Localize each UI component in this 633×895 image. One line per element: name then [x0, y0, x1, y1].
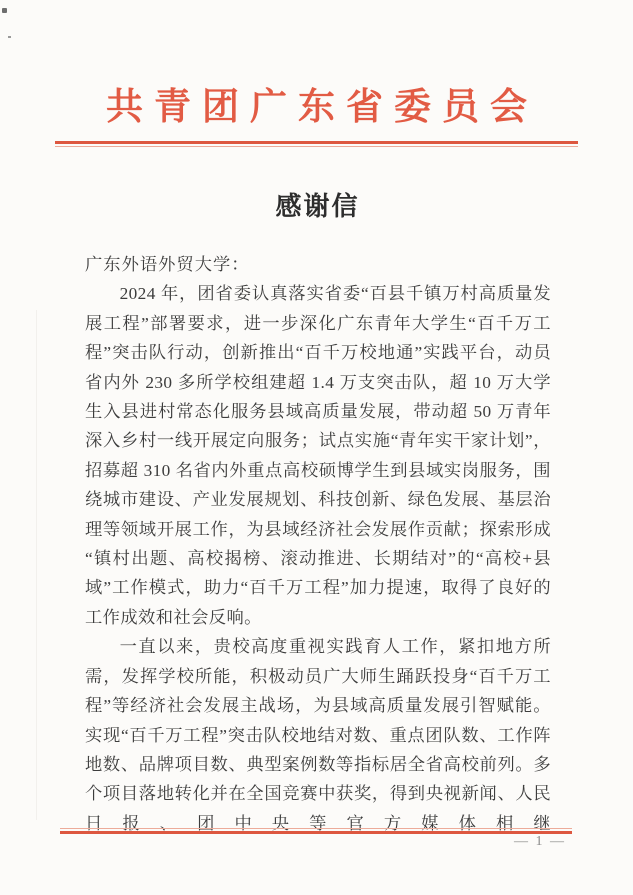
letter-title: 感谢信 [0, 191, 633, 222]
letterhead-divider [55, 141, 578, 147]
letter-salutation: 广东外语外贸大学： [85, 250, 551, 279]
document-page: 共青团广东省委员会 感谢信 广东外语外贸大学： 2024 年，团省委认真落实省委… [0, 0, 633, 895]
letterhead-divider-thick-line [55, 141, 578, 144]
scan-speck [8, 36, 11, 38]
footer-divider [60, 828, 572, 834]
scan-fold-line [36, 310, 37, 820]
scan-speck [2, 8, 7, 13]
letter-paragraph: 一直以来，贵校高度重视实践育人工作，紧扣地方所需，发挥学校所能，积极动员广大师生… [85, 632, 551, 838]
footer-divider-thin-line [60, 828, 572, 829]
letter-paragraph: 2024 年，团省委认真落实省委“百县千镇万村高质量发展工程”部署要求，进一步深… [85, 279, 551, 632]
letter-body: 广东外语外贸大学： 2024 年，团省委认真落实省委“百县千镇万村高质量发展工程… [85, 250, 551, 838]
letterhead-org-name: 共青团广东省委员会 [0, 88, 633, 129]
page-number: — 1 — [514, 834, 566, 850]
letterhead-divider-thin-line [55, 146, 578, 147]
footer-divider-thick-line [60, 831, 572, 834]
